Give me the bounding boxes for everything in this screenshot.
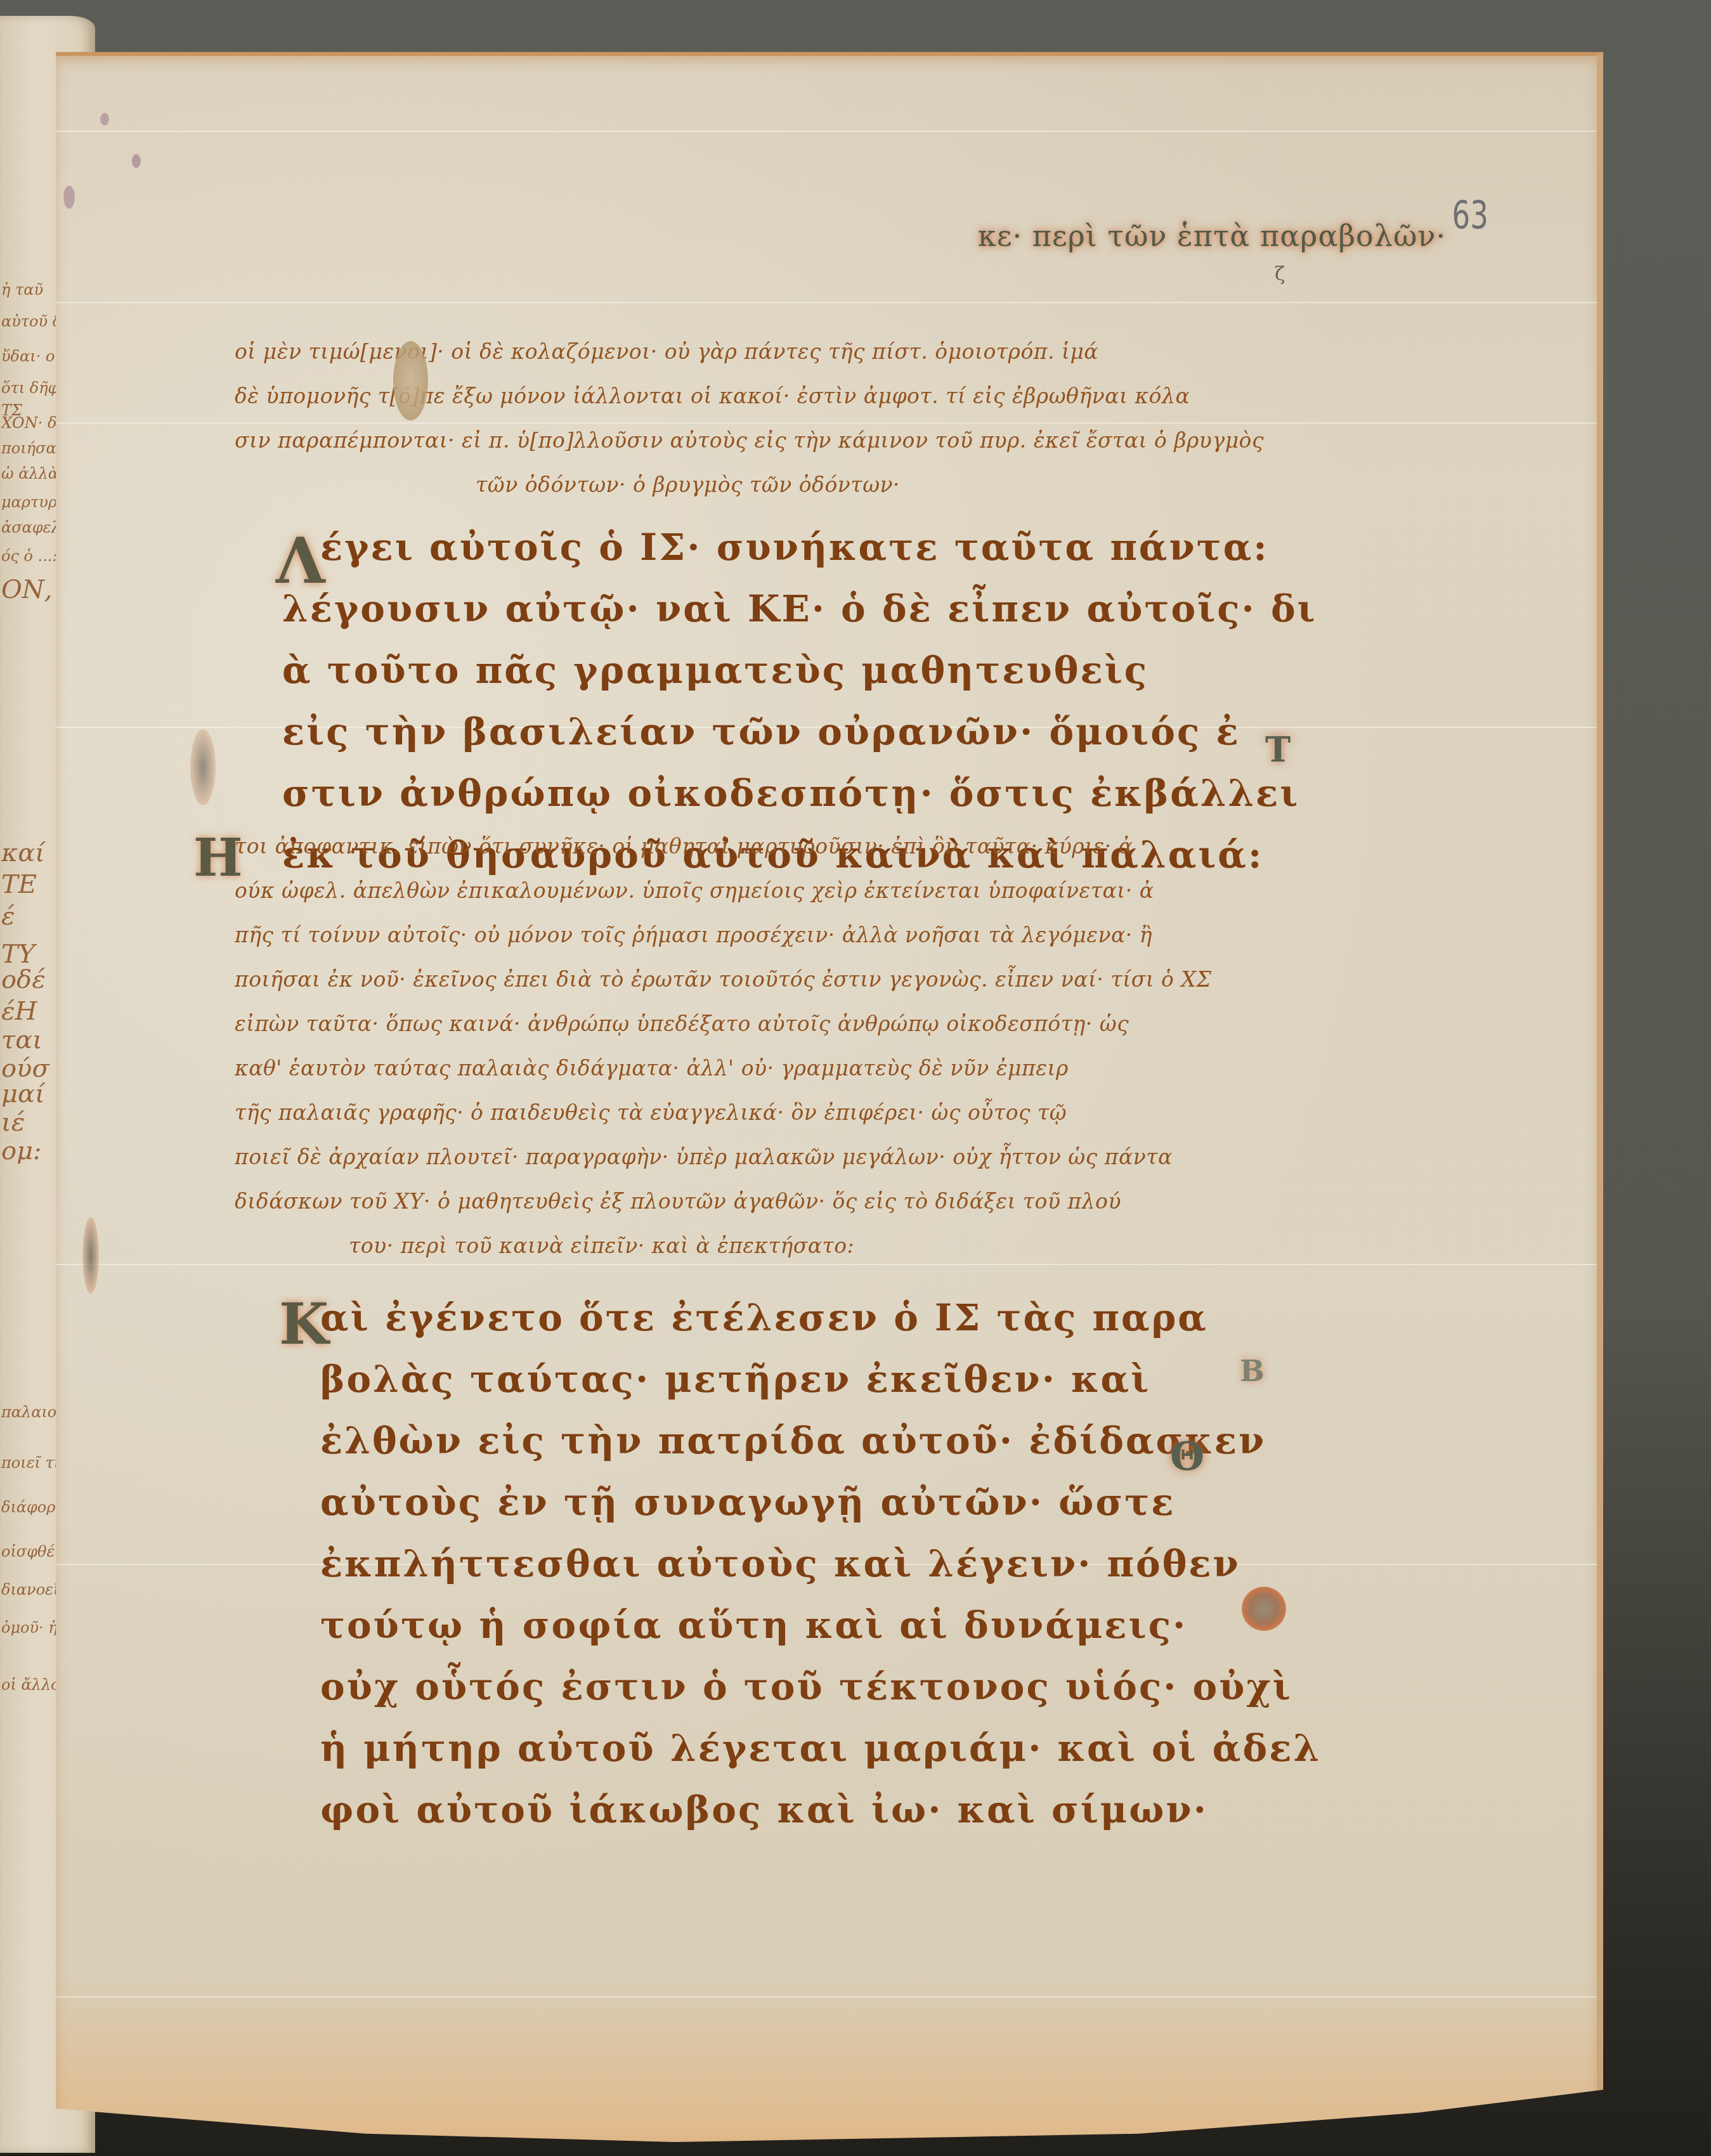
gospel-line: οὐχ οὗτός ἐστιν ὁ τοῦ τέκτονος υἱός· οὐχ… (320, 1656, 1373, 1718)
marginal-theta-mark: Θ (1170, 1433, 1204, 1479)
gospel-line: αὶ ἐγένετο ὅτε ἐτέλεσεν ὁ ΙΣ τὰς παρα (320, 1287, 1373, 1349)
ink-spot (63, 186, 75, 209)
commentary-line: τῆς παλαιᾶς γραφῆς· ὁ παιδευθεὶς τὰ εὐαγ… (235, 1091, 1300, 1135)
gospel-text-2: αὶ ἐγένετο ὅτε ἐτέλεσεν ὁ ΙΣ τὰς παρα βο… (320, 1287, 1373, 1841)
gospel-line: τούτῳ ἡ σοφία αὕτη καὶ αἱ δυνάμεις· (320, 1595, 1373, 1656)
commentary-line: ποιῆσαι ἐκ νοῦ· ἐκεῖνος ἐπει διὰ τὸ ἐρωτ… (235, 958, 1300, 1002)
gospel-line: ὰ τοῦτο πᾶς γραμματεὺς μαθητευθεὶς (282, 640, 1373, 701)
gospel-line: φοὶ αὐτοῦ ἰάκωβος καὶ ἰω· καὶ σίμων· (320, 1779, 1373, 1841)
ink-spot (132, 154, 141, 168)
gospel-line: ἡ μήτηρ αὐτοῦ λέγεται μαριάμ· καὶ οἱ ἀδε… (320, 1718, 1373, 1779)
commentary-line: δὲ ὑπομονῆς τ[ό]πε ἔξω μόνον ἰάλλονται ο… (235, 374, 1287, 419)
ruling-line (56, 1996, 1597, 1997)
gospel-line: βολὰς ταύτας· μετῆρεν ἐκεῖθεν· καὶ (320, 1349, 1373, 1410)
folio-number: 63 (1452, 193, 1488, 238)
commentary-line: ούκ ὠφελ. ἀπελθὼν ἐπικαλουμένων. ὑποῖς σ… (235, 869, 1300, 913)
commentary-line: εἰπὼν ταῦτα· ὅπως καινά· ἀνθρώπῳ ὑπεδέξα… (235, 1002, 1300, 1046)
commentary-line: πῆς τί τοίνυν αὐτοῖς· οὐ μόνον τοῖς ῥήμα… (235, 913, 1300, 958)
ink-spot (100, 113, 109, 126)
gutter-stain (82, 1218, 99, 1294)
marginal-tau-mark: Τ (1265, 729, 1291, 770)
gospel-line: στιν ἀνθρώπῳ οἰκοδεσπότῃ· ὅστις ἐκβάλλει (282, 763, 1373, 824)
marginal-beta-mark: Β (1240, 1354, 1265, 1388)
marginal-omicron-mark (1242, 1587, 1286, 1631)
marginal-stain (190, 729, 216, 805)
commentary-line: του· περὶ τοῦ καινὰ εἰπεῖν· καὶ ὰ ἐπεκτή… (235, 1224, 1300, 1268)
running-title: κε· περὶ τῶν ἑπτὰ παραβολῶν· (583, 219, 1446, 253)
gospel-line: λέγουσιν αὐτῷ· ναὶ ΚΕ· ὁ δὲ εἶπεν αὐτοῖς… (282, 578, 1373, 640)
running-title-sub: ζ (1275, 263, 1285, 285)
gospel-line: αὐτοὺς ἐν τῇ συναγωγῇ αὐτῶν· ὥστε (320, 1472, 1373, 1533)
commentary-line: οἱ μὲν τιμώ[μενοι]· οἱ δὲ κολαζόμενοι· ο… (235, 330, 1287, 374)
commentary-middle: τοι ἀποφαντικ. εἰπὼν ὅτι συνῆκε· οἱ μαθη… (235, 824, 1300, 1268)
commentary-line: καθ' ἑαυτὸν ταύτας παλαιὰς διδάγματα· ἀλ… (235, 1046, 1300, 1091)
parchment-hole (393, 341, 428, 420)
gospel-line: έγει αὐτοῖς ὁ ΙΣ· συνήκατε ταῦτα πάντα: (320, 517, 1373, 578)
ruling-line (56, 302, 1597, 303)
gospel-line: ἐκπλήττεσθαι αὐτοὺς καὶ λέγειν· πόθεν (320, 1533, 1373, 1595)
commentary-line: τοι ἀποφαντικ. εἰπὼν ὅτι συνῆκε· οἱ μαθη… (235, 824, 1300, 869)
commentary-top: οἱ μὲν τιμώ[μενοι]· οἱ δὲ κολαζόμενοι· ο… (235, 330, 1287, 507)
commentary-line: σιν παραπέμπονται· εἰ π. ὑ[πο]λλοῦσιν αὐ… (235, 419, 1287, 463)
gospel-line: εἰς τὴν βασιλείαν τῶν οὐρανῶν· ὅμοιός ἐ (282, 701, 1373, 763)
gospel-line: ἐλθὼν εἰς τὴν πατρίδα αὐτοῦ· ἐδίδασκεν (320, 1410, 1373, 1472)
ruling-line (56, 131, 1597, 132)
commentary-line: διδάσκων τοῦ ΧΥ· ὁ μαθητευθεὶς ἐξ πλουτῶ… (235, 1179, 1300, 1224)
commentary-line: ποιεῖ δὲ ἀρχαίαν πλουτεῖ· παραγραφὴν· ὑπ… (235, 1135, 1300, 1179)
commentary-line: τῶν ὀδόντων· ὁ βρυγμὸς τῶν ὀδόντων· (235, 463, 1287, 507)
